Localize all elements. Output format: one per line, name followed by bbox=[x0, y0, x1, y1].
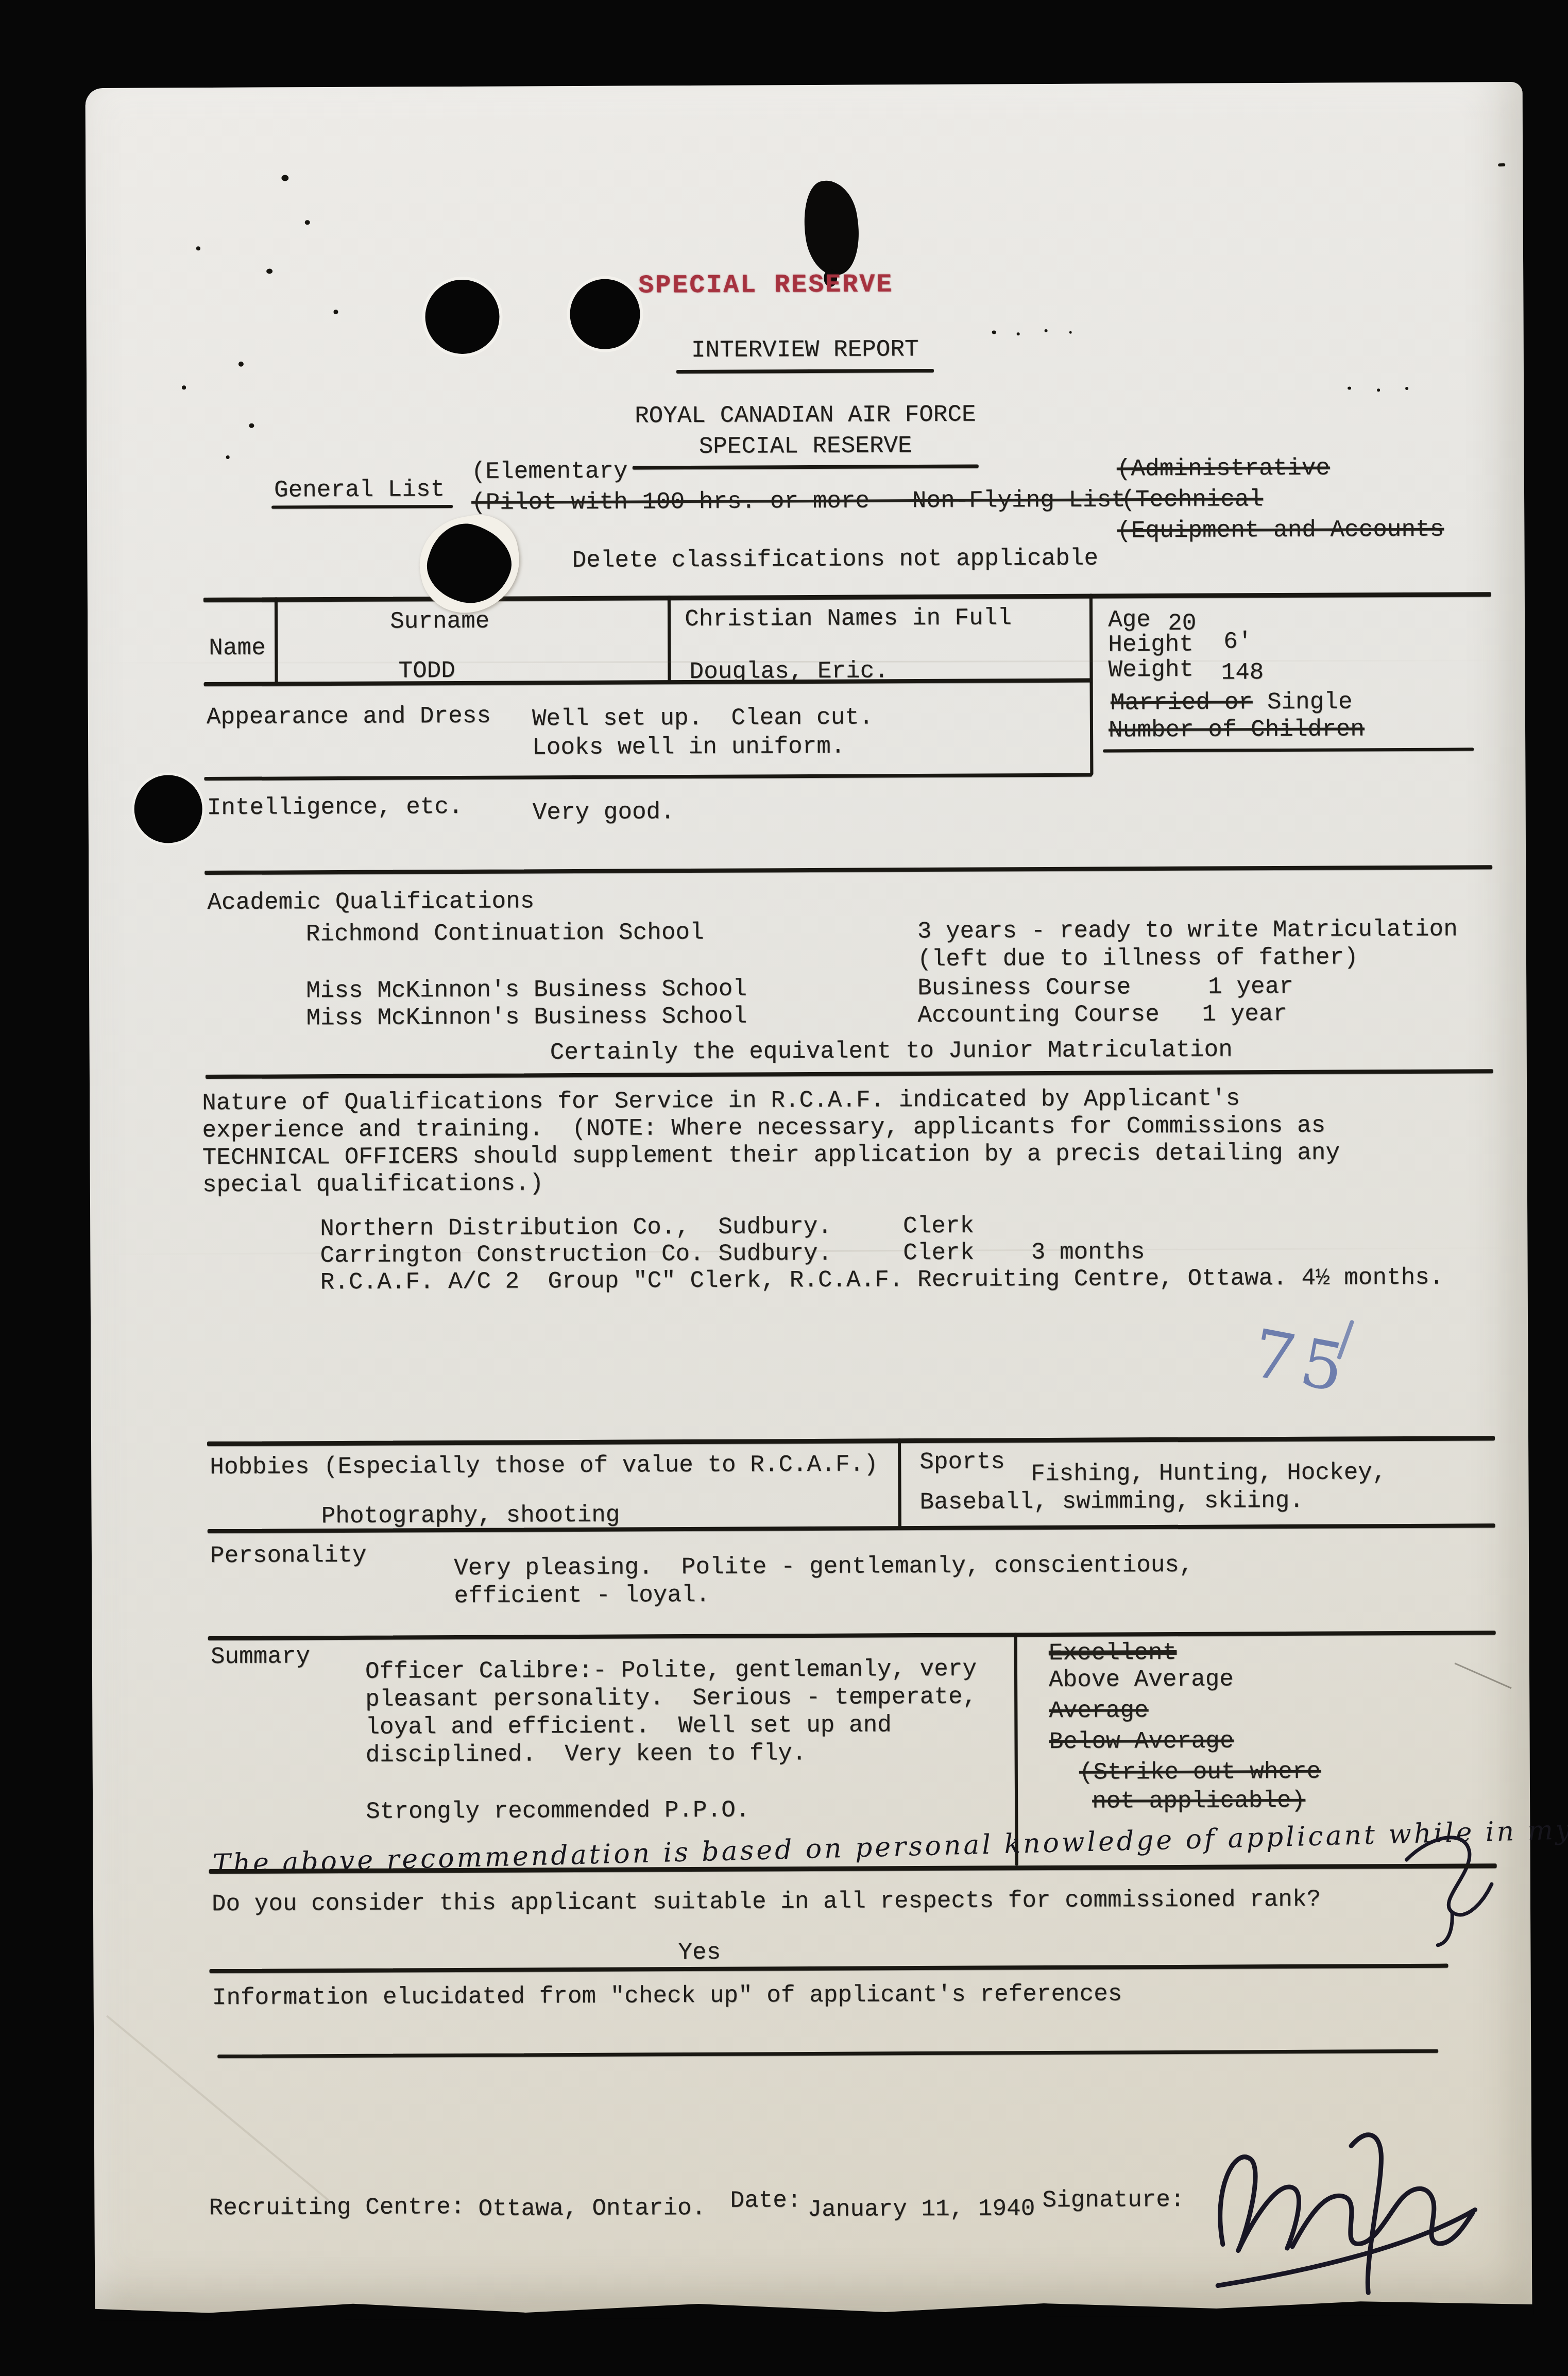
org-line: ROYAL CANADIAN AIR FORCE bbox=[635, 401, 976, 430]
dust-speck bbox=[992, 330, 996, 334]
classification-administrative-struck: (Administrative bbox=[1117, 455, 1330, 483]
name-row-bottom-rule bbox=[204, 678, 1092, 687]
academic-school-3: Miss McKinnon's Business School bbox=[306, 1003, 747, 1032]
annotation-flourish bbox=[1391, 1823, 1494, 1947]
academic-label: Academic Qualifications bbox=[207, 888, 534, 917]
dust-speck bbox=[182, 385, 186, 389]
hobbies-value: Photography, shooting bbox=[321, 1502, 620, 1531]
christian-names-header: Christian Names in Full bbox=[685, 604, 1012, 633]
dust-speck bbox=[226, 455, 230, 459]
dust-speck bbox=[305, 220, 310, 225]
weight-label: Weight bbox=[1108, 656, 1194, 684]
weight-value: 148 bbox=[1221, 659, 1264, 687]
rating-below-average-struck: Below Average bbox=[1049, 1727, 1234, 1756]
appearance-line1: Well set up. Clean cut. bbox=[532, 704, 874, 733]
surname-header: Surname bbox=[390, 608, 489, 636]
rating-strikeout-note-2: not applicable) bbox=[1092, 1787, 1305, 1815]
punch-hole-2 bbox=[570, 279, 640, 349]
dust-speck bbox=[249, 423, 254, 428]
date-value: January 11, 1940 bbox=[807, 2195, 1035, 2224]
personality-line1: Very pleasing. Polite - gentlemanly, con… bbox=[454, 1552, 1194, 1583]
references-top-rule bbox=[209, 1964, 1448, 1973]
summary-label: Summary bbox=[211, 1643, 310, 1671]
rating-average-struck: Average bbox=[1049, 1697, 1148, 1725]
intelligence-label: Intelligence, etc. bbox=[207, 793, 463, 822]
single-kept: Single bbox=[1267, 688, 1353, 716]
children-underline bbox=[1103, 748, 1474, 752]
classification-general-list: General List bbox=[274, 476, 445, 504]
edge-crack bbox=[1455, 1662, 1512, 1689]
academic-school-1: Richmond Continuation School bbox=[306, 919, 704, 948]
recruiting-centre-value: Ottawa, Ontario. bbox=[478, 2195, 706, 2223]
summary-line-2: pleasant personality. Serious - temperat… bbox=[365, 1684, 977, 1714]
references-label: Information elucidated from "check up" o… bbox=[212, 1980, 1122, 2012]
summary-line-3: loyal and efficient. Well set up and bbox=[365, 1711, 892, 1741]
scan-background: { "colors": {"stamp_red":"#a6323f","anno… bbox=[0, 0, 1568, 2376]
summary-line-1: Officer Calibre:- Polite, gentlemanly, v… bbox=[365, 1656, 977, 1686]
height-value: 6' bbox=[1223, 628, 1252, 656]
nature-line-3: TECHNICAL OFFICERS should supplement the… bbox=[202, 1140, 1340, 1172]
appearance-bottom-rule bbox=[204, 773, 1092, 781]
summary-recommendation: Strongly recommended P.P.O. bbox=[366, 1797, 750, 1826]
employment-row-1: Northern Distribution Co., Sudbury. Cler… bbox=[320, 1213, 974, 1243]
dust-speck bbox=[1498, 163, 1505, 166]
marital-status: Married orSingle bbox=[1111, 688, 1353, 717]
academic-detail-3: Accounting Course bbox=[917, 1001, 1160, 1029]
dust-speck bbox=[1405, 387, 1408, 390]
sports-line1: Fishing, Hunting, Hockey, bbox=[1031, 1459, 1386, 1488]
age-label: Age bbox=[1108, 606, 1151, 634]
date-label: Date: bbox=[730, 2187, 801, 2215]
document-paper: SPECIAL RESERVE INTERVIEW REPORT ROYAL C… bbox=[86, 82, 1532, 2319]
academic-school-2: Miss McKinnon's Business School bbox=[306, 976, 747, 1005]
commission-answer: Yes bbox=[678, 1939, 721, 1967]
employment-row-2: Carrington Construction Co. Sudbury. Cle… bbox=[320, 1238, 1145, 1269]
dust-speck bbox=[1045, 329, 1048, 332]
dust-speck bbox=[1017, 332, 1020, 335]
appearance-line2: Looks well in uniform. bbox=[532, 733, 845, 762]
page-title: INTERVIEW REPORT bbox=[691, 336, 919, 364]
table-vrule-3 bbox=[1089, 594, 1094, 775]
dust-speck bbox=[1377, 388, 1380, 392]
classification-technical-struck: (Technical bbox=[1121, 486, 1263, 514]
academic-detail-2: Business Course bbox=[917, 974, 1131, 1002]
dust-speck bbox=[1069, 331, 1072, 334]
general-list-underline bbox=[271, 505, 453, 509]
academic-duration-3: 1 year bbox=[1202, 1000, 1287, 1028]
section-rule-nature bbox=[206, 1069, 1493, 1079]
personality-label: Personality bbox=[210, 1542, 367, 1570]
children-struck: Number of Children bbox=[1109, 716, 1365, 744]
summary-top-rule bbox=[208, 1631, 1496, 1640]
title-underline bbox=[676, 369, 934, 374]
ink-blot bbox=[798, 177, 865, 279]
rating-strikeout-note-1: (Strike out where bbox=[1079, 1758, 1321, 1787]
signature-handwriting bbox=[1186, 2114, 1486, 2312]
section-rule-academic bbox=[204, 865, 1492, 875]
appearance-label: Appearance and Dress bbox=[207, 703, 491, 732]
table-top-rule bbox=[203, 592, 1491, 602]
references-bottom-rule bbox=[217, 2049, 1438, 2058]
sports-line2: Baseball, swimming, skiing. bbox=[919, 1487, 1304, 1517]
table-vrule-1 bbox=[275, 597, 278, 685]
special-reserve-stamp: SPECIAL RESERVE bbox=[638, 270, 893, 300]
dust-speck bbox=[281, 175, 288, 181]
signature-label: Signature: bbox=[1042, 2186, 1184, 2215]
recruiting-centre-label: Recruiting Centre: bbox=[209, 2194, 465, 2222]
classification-pilot-struck: (Pilot with 100 hrs. or more Non-Flying … bbox=[471, 486, 1126, 517]
org-underline bbox=[633, 465, 979, 470]
org-line2: SPECIAL RESERVE bbox=[698, 432, 912, 461]
classification-instruction: Delete classifications not applicable bbox=[572, 545, 1098, 575]
nature-line-1: Nature of Qualifications for Service in … bbox=[202, 1085, 1240, 1117]
intelligence-value: Very good. bbox=[533, 799, 675, 827]
fold-crease bbox=[106, 2015, 329, 2201]
hobbies-top-rule bbox=[207, 1436, 1495, 1446]
employment-row-3: R.C.A.F. A/C 2 Group "C" Clerk, R.C.A.F.… bbox=[320, 1264, 1444, 1297]
nature-line-4: special qualifications.) bbox=[202, 1170, 544, 1199]
personality-line2: efficient - loyal. bbox=[454, 1582, 710, 1610]
rating-excellent-struck: Excellent bbox=[1049, 1639, 1177, 1667]
dust-speck bbox=[333, 310, 338, 314]
height-label: Height bbox=[1108, 631, 1194, 659]
married-struck: Married or bbox=[1111, 689, 1253, 716]
classification-elementary: (Elementary bbox=[471, 458, 628, 486]
name-label: Name bbox=[209, 635, 266, 663]
dust-speck bbox=[1348, 386, 1351, 389]
commission-question: Do you consider this applicant suitable … bbox=[212, 1886, 1321, 1919]
table-vrule-2 bbox=[668, 596, 671, 683]
dust-speck bbox=[238, 362, 244, 367]
handwritten-score: 75 bbox=[1246, 1315, 1357, 1408]
academic-detail-1: 3 years - ready to write Matriculation bbox=[917, 915, 1458, 945]
dust-speck bbox=[266, 269, 272, 274]
summary-line-4: disciplined. Very keen to fly. bbox=[366, 1740, 807, 1769]
academic-note-1: (left due to illness of father) bbox=[917, 944, 1358, 973]
punch-hole-3 bbox=[134, 775, 202, 843]
classification-equipment-struck: (Equipment and Accounts bbox=[1117, 516, 1444, 545]
hobbies-label: Hobbies (Especially those of value to R.… bbox=[210, 1451, 878, 1481]
academic-conclusion: Certainly the equivalent to Junior Matri… bbox=[550, 1036, 1233, 1066]
sports-label: Sports bbox=[919, 1448, 1005, 1476]
dust-speck bbox=[196, 246, 200, 250]
rating-above-average: Above Average bbox=[1049, 1666, 1234, 1694]
hobbies-vrule bbox=[898, 1438, 901, 1529]
academic-duration-2: 1 year bbox=[1208, 973, 1293, 1001]
punch-hole-1 bbox=[425, 280, 500, 354]
